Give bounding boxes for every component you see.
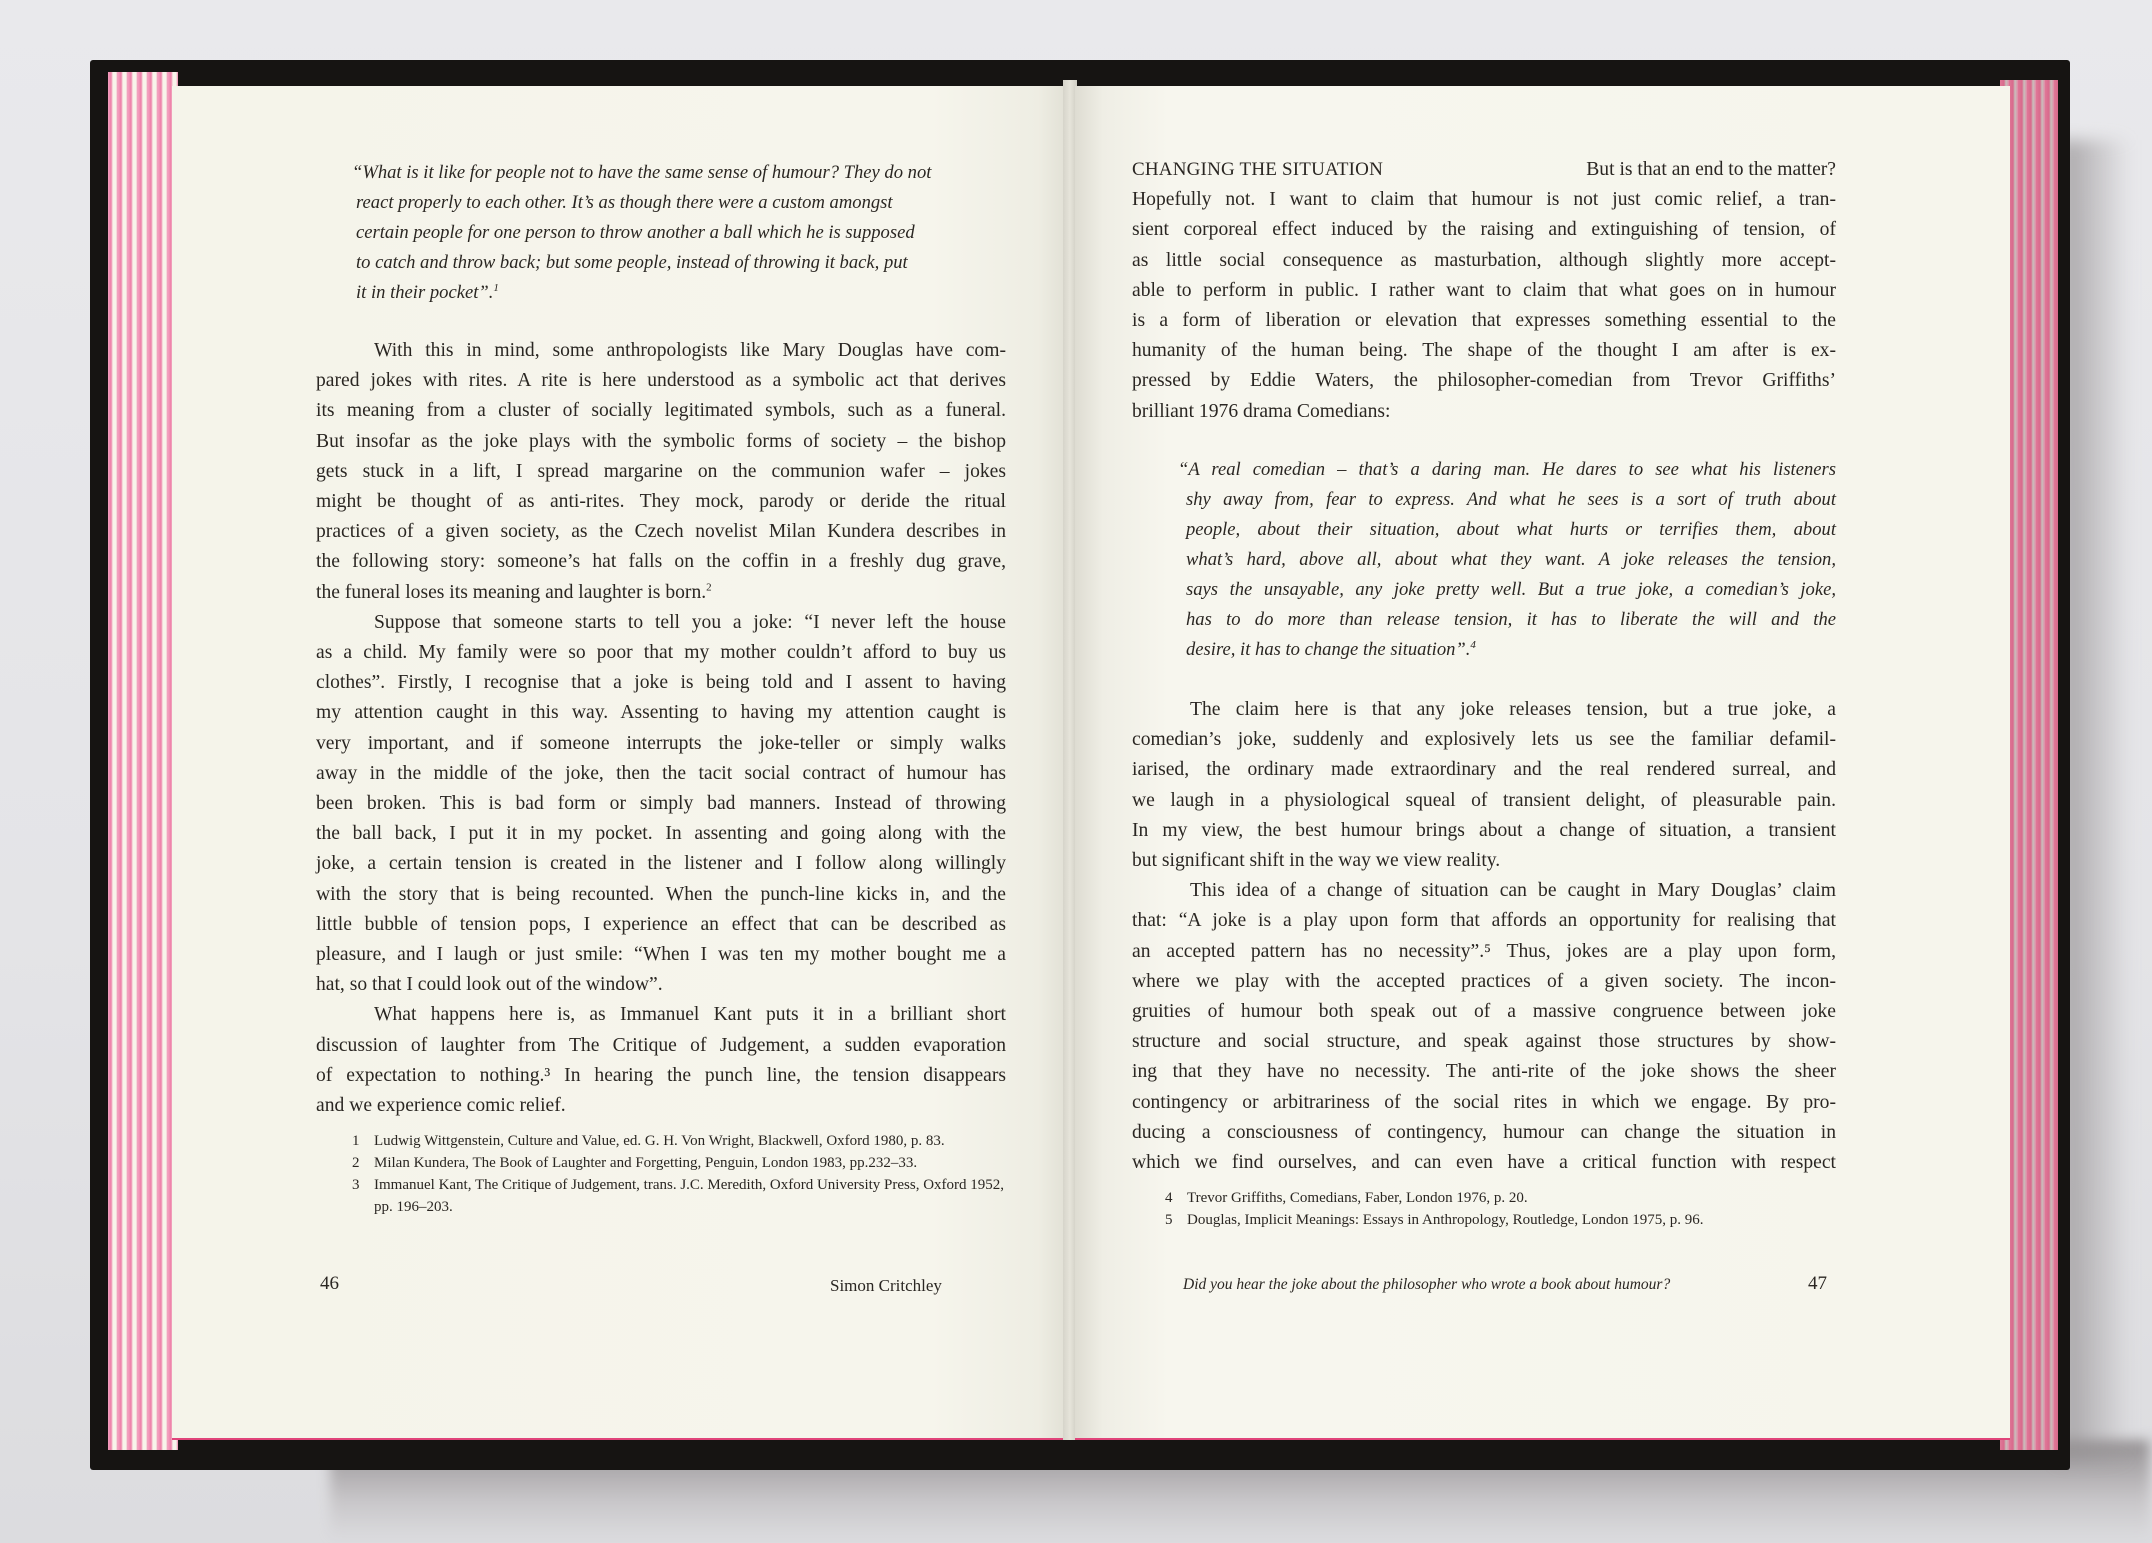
quote-line-text: desire, it has to change the situation”. [1186, 639, 1470, 660]
footnote-number: 1 [352, 1130, 374, 1152]
body-line: able to perform in public. I rather want… [1132, 276, 1836, 306]
body-line: little bubble of tension pops, I experie… [316, 910, 1006, 940]
heading-line: CHANGING THE SITUATION But is that an en… [1132, 155, 1836, 185]
footnote-number: 2 [352, 1152, 374, 1174]
body-line: my attention caught in this way. Assenti… [316, 698, 1006, 728]
body-line: This idea of a change of situation can b… [1132, 876, 1836, 906]
page-edges-left [108, 72, 178, 1450]
footnote: 5Douglas, Implicit Meanings: Essays in A… [1165, 1209, 1825, 1231]
body-line: With this in mind, some anthropologists … [316, 336, 1006, 366]
body-line: of expectation to nothing.³ In hearing t… [316, 1061, 1006, 1091]
body-line-text: But is that an end to the matter? [1586, 155, 1836, 185]
footnote-number: 4 [1165, 1187, 1187, 1209]
footnote-marker: 1 [493, 282, 499, 294]
running-footer-author: Simon Critchley [830, 1276, 942, 1296]
body-line: is a form of liberation or elevation tha… [1132, 306, 1836, 336]
body-line: What happens here is, as Immanuel Kant p… [316, 1000, 1006, 1030]
footnote: 2Milan Kundera, The Book of Laughter and… [352, 1152, 1012, 1174]
quote-line: “A real comedian – that’s a daring man. … [1178, 455, 1836, 485]
body-line: with the story that is being recounted. … [316, 880, 1006, 910]
body-line: brilliant 1976 drama Comedians: [1132, 397, 1836, 427]
footnote-number: 3 [352, 1174, 374, 1218]
page-number-right: 47 [1808, 1273, 1827, 1295]
body-line: practices of a given society, as the Cze… [316, 517, 1006, 547]
body-line: its meaning from a cluster of socially l… [316, 396, 1006, 426]
epigraph: “What is it like for people not to have … [356, 158, 1004, 308]
body-line: as little social consequence as masturba… [1132, 246, 1836, 276]
footnote-text: Milan Kundera, The Book of Laughter and … [374, 1152, 917, 1174]
epigraph-line: it in their pocket”.1 [356, 278, 1004, 308]
body-line: the following story: someone’s hat falls… [316, 547, 1006, 577]
body-line: where we play with the accepted practice… [1132, 967, 1836, 997]
quote-line: people, about their situation, about wha… [1186, 515, 1836, 545]
body-line-text: the funeral loses its meaning and laught… [316, 582, 706, 603]
body-line: The claim here is that any joke releases… [1132, 695, 1836, 725]
body-line: Suppose that someone starts to tell you … [316, 608, 1006, 638]
body-line: comedian’s joke, suddenly and explosivel… [1132, 725, 1836, 755]
footnote-number: 5 [1165, 1209, 1187, 1231]
footnote-text: Ludwig Wittgenstein, Culture and Value, … [374, 1130, 945, 1152]
epigraph-line-text: it in their pocket”. [356, 282, 493, 303]
body-line: which we find ourselves, and can even ha… [1132, 1148, 1836, 1178]
body-line: we laugh in a physiological squeal of tr… [1132, 786, 1836, 816]
body-line: been broken. This is bad form or simply … [316, 789, 1006, 819]
footnote-text: Trevor Griffiths, Comedians, Faber, Lond… [1187, 1187, 1528, 1209]
body-line: very important, and if someone interrupt… [316, 729, 1006, 759]
body-line: hat, so that I could look out of the win… [316, 970, 1006, 1000]
body-line: ing that they have no necessity. The ant… [1132, 1057, 1836, 1087]
epigraph-line: “What is it like for people not to have … [352, 158, 1004, 188]
body-line: iarised, the ordinary made extraordinary… [1132, 755, 1836, 785]
body-line: an accepted pattern has no necessity”.⁵ … [1132, 937, 1836, 967]
body-line: pared jokes with rites. A rite is here u… [316, 366, 1006, 396]
body-line: humanity of the human being. The shape o… [1132, 336, 1836, 366]
left-body-text: With this in mind, some anthropologists … [316, 336, 1006, 1121]
body-line: might be thought of as anti-rites. They … [316, 487, 1006, 517]
section-heading: CHANGING THE SITUATION [1132, 155, 1383, 185]
body-line: and we experience comic relief. [316, 1091, 1006, 1121]
epigraph-line: certain people for one person to throw a… [356, 218, 1004, 248]
right-body-text: The claim here is that any joke releases… [1132, 695, 1836, 1178]
right-footnotes: 4Trevor Griffiths, Comedians, Faber, Lon… [1165, 1187, 1825, 1231]
body-line: away in the middle of the joke, then the… [316, 759, 1006, 789]
body-line: gets stuck in a lift, I spread margarine… [316, 457, 1006, 487]
body-line: structure and social structure, and spea… [1132, 1027, 1836, 1057]
page-number-left: 46 [320, 1273, 339, 1295]
right-body-intro: CHANGING THE SITUATION But is that an en… [1132, 155, 1836, 427]
footnote: 4Trevor Griffiths, Comedians, Faber, Lon… [1165, 1187, 1825, 1209]
epigraph-line: to catch and throw back; but some people… [356, 248, 1004, 278]
body-line: gruities of humour both speak out of a m… [1132, 997, 1836, 1027]
quote-line: has to do more than release tension, it … [1186, 605, 1836, 635]
quote-line: what’s hard, above all, about what they … [1186, 545, 1836, 575]
body-line: discussion of laughter from The Critique… [316, 1031, 1006, 1061]
footnote-text: Immanuel Kant, The Critique of Judgement… [374, 1174, 1012, 1218]
body-line: In my view, the best humour brings about… [1132, 816, 1836, 846]
footnote-text: Douglas, Implicit Meanings: Essays in An… [1187, 1209, 1704, 1231]
footnote: 1Ludwig Wittgenstein, Culture and Value,… [352, 1130, 1012, 1152]
body-line: Hopefully not. I want to claim that humo… [1132, 185, 1836, 215]
body-line: sient corporeal effect induced by the ra… [1132, 215, 1836, 245]
body-line: but significant shift in the way we view… [1132, 846, 1836, 876]
block-quote: “A real comedian – that’s a daring man. … [1186, 455, 1836, 665]
left-footnotes: 1Ludwig Wittgenstein, Culture and Value,… [352, 1130, 1012, 1218]
epigraph-line: react properly to each other. It’s as th… [356, 188, 1004, 218]
running-footer-title: Did you hear the joke about the philosop… [1183, 1276, 1670, 1294]
body-line: joke, a certain tension is created in th… [316, 849, 1006, 879]
body-line: contingency or arbitrariness of the soci… [1132, 1088, 1836, 1118]
body-line: that: “A joke is a play upon form that a… [1132, 906, 1836, 936]
body-line: ducing a consciousness of contingency, h… [1132, 1118, 1836, 1148]
quote-line: says the unsayable, any joke pretty well… [1186, 575, 1836, 605]
footnote-marker: 2 [706, 581, 712, 593]
body-line: pleasure, and I laugh or just smile: “Wh… [316, 940, 1006, 970]
footnote: 3Immanuel Kant, The Critique of Judgemen… [352, 1174, 1012, 1218]
body-line: pressed by Eddie Waters, the philosopher… [1132, 366, 1836, 396]
body-line: the ball back, I put it in my pocket. In… [316, 819, 1006, 849]
quote-line: shy away from, fear to express. And what… [1186, 485, 1836, 515]
body-line: clothes”. Firstly, I recognise that a jo… [316, 668, 1006, 698]
footnote-marker: 4 [1470, 639, 1476, 651]
body-line: But insofar as the joke plays with the s… [316, 427, 1006, 457]
body-line: as a child. My family were so poor that … [316, 638, 1006, 668]
book-shadow-side [2060, 140, 2130, 1460]
body-line: the funeral loses its meaning and laught… [316, 578, 1006, 608]
quote-line: desire, it has to change the situation”.… [1186, 635, 1836, 665]
